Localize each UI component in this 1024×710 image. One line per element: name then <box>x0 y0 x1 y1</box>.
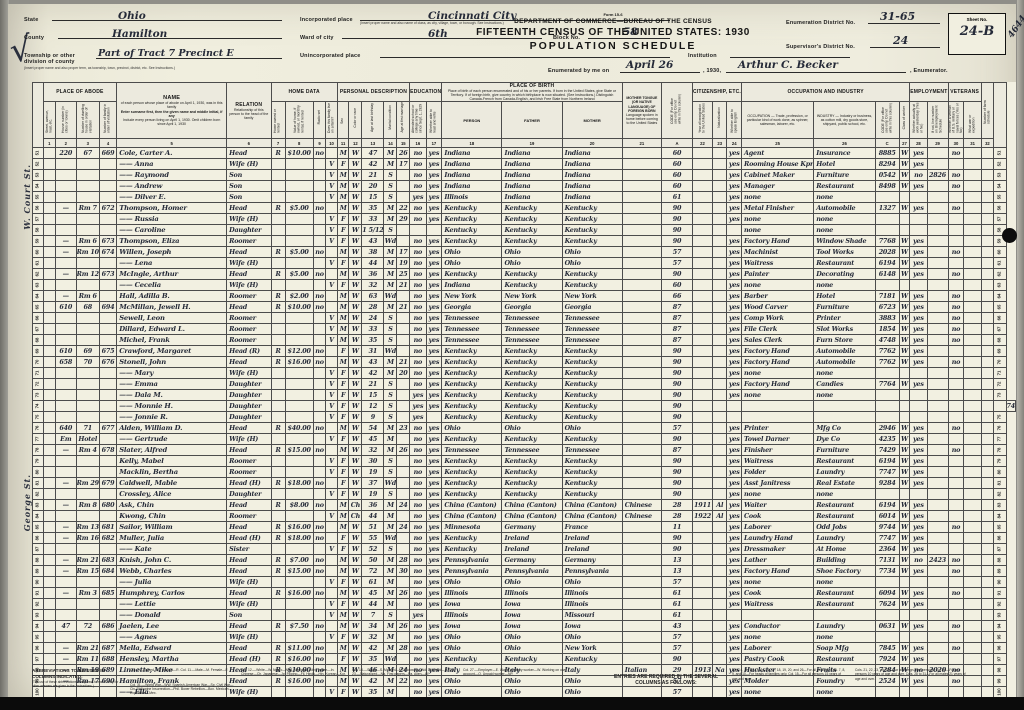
cell-nat <box>713 368 727 379</box>
cell-relation: Head (H) <box>227 478 271 489</box>
cell-farm: V <box>326 368 337 379</box>
cell-vet <box>948 401 964 412</box>
cell-relation: Daughter <box>227 489 271 500</box>
cell-race: W <box>349 170 362 181</box>
cell-lang <box>622 577 661 588</box>
cell-eng: yes <box>727 247 742 258</box>
cell-fs <box>981 599 993 610</box>
cell-dwell <box>76 192 99 203</box>
cell-pbf: Iowa <box>502 599 562 610</box>
cell-value <box>285 577 313 588</box>
cell-age: 43 <box>362 236 384 247</box>
cell-emp <box>910 390 927 401</box>
cell-ocode: 7924 <box>875 654 899 665</box>
cell-race: W <box>349 544 362 555</box>
cell-vet <box>948 456 964 467</box>
cell-dwell: 70 <box>76 357 99 368</box>
cell-ocode: 7734 <box>875 566 899 577</box>
cell-age: 19 <box>362 489 384 500</box>
name-desc-3: Include every person living on April 1, … <box>117 118 226 126</box>
line-number: 73 <box>33 393 43 398</box>
cell-marital: S <box>384 192 397 203</box>
cell-ocode <box>875 390 899 401</box>
cell-radio: no <box>313 291 325 302</box>
cell-pb: Indiana <box>442 170 502 181</box>
cell-code: 90 <box>662 654 693 665</box>
cell-name: Webb, Charles <box>117 566 227 577</box>
cell-emp: yes <box>910 654 927 665</box>
cell-own: R <box>271 566 285 577</box>
cell-empn <box>927 390 948 401</box>
cell-farm <box>326 269 337 280</box>
line-number: 57 <box>33 217 43 222</box>
cell-school: no <box>410 588 426 599</box>
cell-lnr: 84 <box>994 511 1006 522</box>
cell-pbf: Indiana <box>502 192 562 203</box>
cell-ind: Furniture <box>814 170 876 181</box>
cell-farm: V <box>326 313 337 324</box>
cell-pbf: Kentucky <box>502 368 562 379</box>
cell-sex: M <box>337 324 349 335</box>
cell-pbf: Pennsylvania <box>502 566 562 577</box>
cell-race: W <box>349 445 362 456</box>
cell-street <box>43 555 55 566</box>
cell-street <box>43 313 55 324</box>
cell-imm <box>692 588 712 599</box>
cell-relation: Head <box>227 269 271 280</box>
cell-cw <box>899 192 910 203</box>
cell-ind: Hotel <box>814 291 876 302</box>
column-number: 4 <box>99 139 116 148</box>
cell-lang <box>622 654 661 665</box>
cell-rw: yes <box>426 566 442 577</box>
line-number: 53 <box>995 173 1005 178</box>
cell-lang <box>622 423 661 434</box>
cell-ind: Dye Co <box>814 434 876 445</box>
cell-ocode: 7762 <box>875 357 899 368</box>
cell-relation: Roomer <box>227 291 271 302</box>
cell-fs <box>981 390 993 401</box>
cell-race: W <box>349 225 362 236</box>
cell-vet: no <box>948 291 964 302</box>
cell-occ: none <box>741 489 813 500</box>
cell-ln: 81 <box>33 478 44 489</box>
cell-lnr: 79 <box>994 456 1006 467</box>
cell-lang <box>622 346 661 357</box>
line-number: 96 <box>995 646 1005 651</box>
ward-label: Ward of city <box>300 35 334 41</box>
cell-fam: 687 <box>99 643 116 654</box>
cell-school: no <box>410 357 426 368</box>
cell-marital: M <box>384 522 397 533</box>
cell-house: — <box>55 478 76 489</box>
cell-dwell: Rm 10 <box>76 247 99 258</box>
cell-pbm: Indiana <box>562 192 622 203</box>
cell-ln: 88 <box>33 555 44 566</box>
cell-ocode <box>875 401 899 412</box>
township-label: Township or other division of county <box>24 53 94 65</box>
table-row: 85—Rm 13681Sailor, WilliamHeadR$16.00noM… <box>33 522 1016 533</box>
cell-school: no <box>410 313 426 324</box>
cell-empn <box>927 599 948 610</box>
table-row: 68Michel, FrankRoomerVMW35SnoyesTennesse… <box>33 335 1016 346</box>
cell-race: W <box>349 566 362 577</box>
cell-lang <box>622 335 661 346</box>
line-number: 92 <box>995 602 1005 607</box>
cell-street <box>43 225 55 236</box>
line-number: 72 <box>33 382 43 387</box>
cell-age: 20 <box>362 181 384 192</box>
cell-code: 13 <box>662 555 693 566</box>
cell-lnr: 77 <box>994 434 1006 445</box>
cell-fs <box>981 522 993 533</box>
cell-pbm: Germany <box>562 555 622 566</box>
home-data-header: HOME DATA <box>271 83 337 102</box>
cell-street <box>43 214 55 225</box>
cell-ind: none <box>814 225 876 236</box>
cell-pbf: Kentucky <box>502 203 562 214</box>
cell-eng: yes <box>727 390 742 401</box>
cell-war <box>964 588 981 599</box>
line-number: 80 <box>995 470 1005 475</box>
cell-farm: V <box>326 511 337 522</box>
cell-age: 12 <box>362 401 384 412</box>
cell-vet <box>948 632 964 643</box>
cell-eng: yes <box>727 181 742 192</box>
cell-nat: Al <box>713 500 727 511</box>
cell-empn <box>927 324 948 335</box>
cell-race: W <box>349 643 362 654</box>
cell-agem: 19 <box>397 258 410 269</box>
cell-farm <box>326 643 337 654</box>
cell-age: 44 <box>362 599 384 610</box>
cell-marital: M <box>384 500 397 511</box>
department-title: DEPARTMENT OF COMMERCE—BUREAU OF THE CEN… <box>448 18 778 25</box>
cell-pb: Kentucky <box>442 390 502 401</box>
cell-street <box>43 643 55 654</box>
cell-empn: 2423 <box>927 555 948 566</box>
cell-ln: 89 <box>33 566 44 577</box>
cell-eng: yes <box>727 445 742 456</box>
cell-value: $7.00 <box>285 555 313 566</box>
cell-rw: yes <box>426 434 442 445</box>
cell-war <box>964 357 981 368</box>
cell-fs <box>981 610 993 621</box>
cell-relation: Wife (H) <box>227 368 271 379</box>
cell-race: W <box>349 203 362 214</box>
census-scan-page: { "form": { "form_no": "Form 15-6", "dep… <box>0 0 1024 710</box>
cell-own <box>271 313 285 324</box>
cell-own: R <box>271 423 285 434</box>
cell-occ: Towel Darner <box>741 434 813 445</box>
cell-school: yes <box>410 192 426 203</box>
cell-war <box>964 599 981 610</box>
cell-value <box>285 368 313 379</box>
cell-agem: 20 <box>397 368 410 379</box>
cell-dwell <box>76 280 99 291</box>
cell-agem <box>397 467 410 478</box>
cell-house <box>55 544 76 555</box>
cell-lnr: 55 <box>994 192 1006 203</box>
cell-pbm: Illinois <box>562 588 622 599</box>
cell-rw: yes <box>426 346 442 357</box>
cell-ind: Furn Store <box>814 335 876 346</box>
cell-ocode <box>875 577 899 588</box>
cell-occ: Factory Hand <box>741 566 813 577</box>
cell-race: W <box>349 456 362 467</box>
line-number: 63 <box>995 283 1005 288</box>
cell-age: 35 <box>362 335 384 346</box>
cell-eng <box>727 401 742 412</box>
cell-pbf: Kentucky <box>502 478 562 489</box>
cell-agem: 24 <box>397 500 410 511</box>
cell-emp: no <box>910 555 927 566</box>
column-number: 30 <box>948 139 964 148</box>
cell-fam <box>99 313 116 324</box>
cell-eng: yes <box>727 368 742 379</box>
cell-pbm: Kentucky <box>562 225 622 236</box>
cell-school: no <box>410 423 426 434</box>
cell-cw: W <box>899 236 910 247</box>
cell-empn <box>927 456 948 467</box>
cell-own <box>271 192 285 203</box>
cell-dwell: Rm 3 <box>76 588 99 599</box>
cell-pb: China (Canton) <box>442 511 502 522</box>
cell-war <box>964 489 981 500</box>
marital-subheader: Marital condition <box>384 102 397 139</box>
scanned-census-sheet: √ State Ohio County Hamilton Township or… <box>0 0 1024 710</box>
cell-pbm: Ireland <box>562 533 622 544</box>
cell-dwell <box>76 511 99 522</box>
cell-code: 87 <box>662 324 693 335</box>
form-number: Form 15-6 <box>448 12 778 17</box>
cell-vet <box>948 467 964 478</box>
cell-agem <box>397 379 410 390</box>
cell-radio: no <box>313 445 325 456</box>
cell-rw: yes <box>426 401 442 412</box>
cell-age: 45 <box>362 434 384 445</box>
table-body: 5122067669Cole, Carter A.HeadR$10.00noMW… <box>33 148 1016 698</box>
cell-fs <box>981 654 993 665</box>
line-number: 56 <box>995 206 1005 211</box>
cell-emp <box>910 368 927 379</box>
cell-empn <box>927 236 948 247</box>
cell-sex: F <box>337 544 349 555</box>
cell-race: W <box>349 489 362 500</box>
cell-imm <box>692 577 712 588</box>
column-number: 6 <box>227 139 271 148</box>
cell-marital: M <box>384 434 397 445</box>
cell-lang <box>622 588 661 599</box>
cell-empn <box>927 533 948 544</box>
cell-eng: yes <box>727 148 742 159</box>
cell-emp: yes <box>910 445 927 456</box>
cell-school: no <box>410 368 426 379</box>
cell-imm <box>692 346 712 357</box>
cell-war <box>964 379 981 390</box>
cell-age: 42 <box>362 159 384 170</box>
cell-street <box>43 192 55 203</box>
cell-emp: yes <box>910 302 927 313</box>
cell-emp: yes <box>910 588 927 599</box>
cell-dwell: Hotel <box>76 434 99 445</box>
cell-farm <box>326 654 337 665</box>
cell-dwell <box>76 313 99 324</box>
sex-subheader: Sex <box>337 102 349 139</box>
cell-own: R <box>271 654 285 665</box>
cell-vet: no <box>948 522 964 533</box>
cell-dwell: Rm 15 <box>76 566 99 577</box>
industry-subheader: INDUSTRY — Industry or business, as cott… <box>814 102 876 139</box>
cell-occ: Manager <box>741 181 813 192</box>
cell-ind: none <box>814 390 876 401</box>
cell-farm: V <box>326 192 337 203</box>
cell-emp <box>910 489 927 500</box>
cell-ln: 51 <box>33 148 44 159</box>
cell-eng <box>727 225 742 236</box>
cell-radio: no <box>313 643 325 654</box>
line-number: 68 <box>33 338 43 343</box>
cell-sex: M <box>337 643 349 654</box>
cell-rw: yes <box>426 203 442 214</box>
cell-fam: 676 <box>99 357 116 368</box>
cell-age: 43 <box>362 357 384 368</box>
cell-dwell <box>76 632 99 643</box>
cell-fam <box>99 368 116 379</box>
cell-school: no <box>410 247 426 258</box>
cell-own: R <box>271 269 285 280</box>
cell-fam <box>99 467 116 478</box>
cell-ind: Restaurant <box>814 258 876 269</box>
street-label: W. Court St. <box>22 164 32 230</box>
cell-empn <box>927 379 948 390</box>
cell-agem: 22 <box>397 203 410 214</box>
cell-lang <box>622 170 661 181</box>
cell-pb: Indiana <box>442 148 502 159</box>
table-row: 90—— JuliaWife (H)VFW61MnoyesOhioOhioOhi… <box>33 577 1016 588</box>
cell-farm <box>326 148 337 159</box>
cell-name: —— Lena <box>117 258 227 269</box>
cell-relation: Head <box>227 203 271 214</box>
cell-war <box>964 621 981 632</box>
cell-radio <box>313 368 325 379</box>
cell-pb: Kentucky <box>442 379 502 390</box>
cell-sex: M <box>337 357 349 368</box>
cell-code: 13 <box>662 566 693 577</box>
ed-value: 31-65 <box>880 12 915 22</box>
table-row: 7664071677Alden, William D.HeadR$40.00no… <box>33 423 1016 434</box>
cell-code: 87 <box>662 445 693 456</box>
cell-fam <box>99 170 116 181</box>
cell-farm <box>326 357 337 368</box>
cell-school: no <box>410 181 426 192</box>
cell-pb: Tennessee <box>442 335 502 346</box>
cell-ind: Restaurant <box>814 500 876 511</box>
cell-imm <box>692 324 712 335</box>
cell-ind: Slot Works <box>814 324 876 335</box>
cell-cw: W <box>899 258 910 269</box>
cell-marital: S <box>384 313 397 324</box>
cell-imm <box>692 170 712 181</box>
footer-abbreviation: Col. 27.—Employer—E. Wage or salary work… <box>463 668 568 677</box>
cell-school: no <box>410 214 426 225</box>
cell-sex: F <box>337 225 349 236</box>
cell-own <box>271 434 285 445</box>
cell-age: 9 <box>362 412 384 423</box>
cell-value: $18.00 <box>285 478 313 489</box>
line-number-column-header <box>33 83 44 148</box>
cell-war <box>964 203 981 214</box>
cell-ind: none <box>814 489 876 500</box>
cell-own <box>271 170 285 181</box>
cell-lang <box>622 412 661 423</box>
cell-pbm: Indiana <box>562 181 622 192</box>
population-schedule-table: PLACE OF ABODE NAME of each person whose… <box>32 82 1016 698</box>
cell-relation: Head <box>227 247 271 258</box>
cell-sex: M <box>337 148 349 159</box>
cell-ocode: 7747 <box>875 533 899 544</box>
cell-street <box>43 522 55 533</box>
cell-pb: Kentucky <box>442 368 502 379</box>
cell-dwell: 72 <box>76 621 99 632</box>
cell-lnr: 63 <box>994 280 1006 291</box>
cell-sex: F <box>337 412 349 423</box>
cell-imm <box>692 632 712 643</box>
enumerator-value: Arthur C. Becker <box>738 60 838 70</box>
cell-cw: W <box>899 500 910 511</box>
cell-nat <box>713 159 727 170</box>
cell-fam <box>99 192 116 203</box>
cell-agem: 21 <box>397 357 410 368</box>
cell-pb: Iowa <box>442 599 502 610</box>
cell-race: W <box>349 346 362 357</box>
cell-ocode <box>875 412 899 423</box>
cell-house: 640 <box>55 423 76 434</box>
cell-street <box>43 357 55 368</box>
cell-code: 60 <box>662 181 693 192</box>
cell-occ: Cook <box>741 588 813 599</box>
cell-occ: Printer <box>741 423 813 434</box>
cell-emp: yes <box>910 456 927 467</box>
cell-lang: Chinese <box>622 511 661 522</box>
cell-eng: yes <box>727 654 742 665</box>
cell-empn <box>927 335 948 346</box>
cell-eng: yes <box>727 170 742 181</box>
cell-street <box>43 588 55 599</box>
cell-empn <box>927 434 948 445</box>
cell-rw <box>426 225 442 236</box>
cell-vet <box>948 500 964 511</box>
column-number: 8 <box>285 139 313 148</box>
line-number: 90 <box>33 580 43 585</box>
cell-own <box>271 544 285 555</box>
cell-lang <box>622 225 661 236</box>
cell-lnr: 52 <box>994 159 1006 170</box>
cell-ind: Hotel <box>814 159 876 170</box>
cell-sex: M <box>337 181 349 192</box>
cell-lnr: 80 <box>994 467 1006 478</box>
line-number: 81 <box>33 481 43 486</box>
cell-vet <box>948 159 964 170</box>
cell-street <box>43 346 55 357</box>
cell-own: R <box>271 643 285 654</box>
cell-relation: Roomer <box>227 511 271 522</box>
cell-imm <box>692 335 712 346</box>
cell-value <box>285 632 313 643</box>
cell-rw: yes <box>426 533 442 544</box>
cell-fs <box>981 511 993 522</box>
cell-emp <box>910 280 927 291</box>
